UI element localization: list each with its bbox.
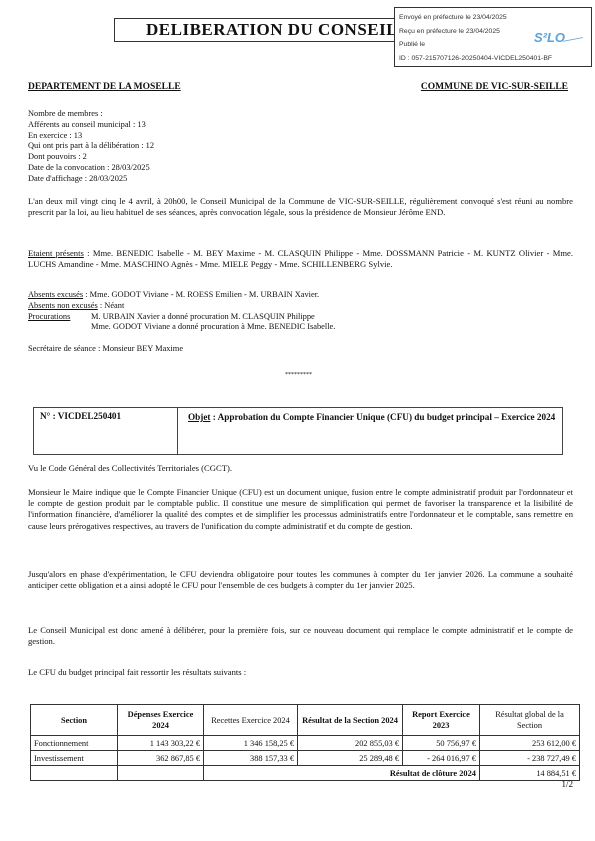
cfu-description-paragraph: Monsieur le Maire indique que le Compte … [28, 487, 573, 532]
cell-revenues: 1 346 158,25 € [204, 736, 298, 751]
cell-empty [31, 766, 118, 781]
members-block: Nombre de membres : Afférents au conseil… [28, 109, 154, 185]
cell-section: Fonctionnement [31, 736, 118, 751]
table-total-row: Résultat de clôture 2024 14 884,51 € [31, 766, 580, 781]
members-line: Date de la convocation : 28/03/2025 [28, 163, 154, 174]
proxy-line: M. URBAIN Xavier a donné procuration M. … [91, 312, 315, 323]
cell-carryover: - 264 016,97 € [403, 751, 480, 766]
commune-header: COMMUNE DE VIC-SUR-SEILLE [421, 82, 568, 92]
proxies-label: Procurations [28, 312, 70, 321]
table-row: Fonctionnement 1 143 303,22 € 1 346 158,… [31, 736, 580, 751]
members-line: Date d'affichage : 28/03/2025 [28, 174, 154, 185]
present-members: Etaient présents : Mme. BENEDIC Isabelle… [28, 248, 573, 270]
deliberation-number: N° : VICDEL250401 [40, 411, 121, 421]
header-global-result: Résultat global de la Section [480, 705, 580, 736]
members-line: Nombre de membres : [28, 109, 154, 120]
deliberation-reference-box: N° : VICDEL250401 Objet : Approbation du… [33, 407, 563, 455]
reference-divider [177, 408, 178, 454]
cell-section-result: 25 289,48 € [298, 751, 403, 766]
unexcused-list: : Néant [98, 301, 125, 310]
cgct-paragraph: Vu le Code Général des Collectivités Ter… [28, 463, 573, 474]
cell-section-result: 202 855,03 € [298, 736, 403, 751]
s2lo-logo-icon: S²LO [534, 30, 565, 45]
members-line: Dont pouvoirs : 2 [28, 152, 154, 163]
results-table: Section Dépenses Exercice 2024 Recettes … [30, 704, 580, 781]
cell-revenues: 388 157,33 € [204, 751, 298, 766]
proxy-line: Mme. GODOT Viviane a donné procuration à… [28, 322, 573, 333]
cell-global-result: 253 612,00 € [480, 736, 580, 751]
excused-list: : Mme. GODOT Viviane - M. ROESS Emilien … [83, 290, 319, 299]
cell-section: Investissement [31, 751, 118, 766]
present-list: : Mme. BENEDIC Isabelle - M. BEY Maxime … [28, 248, 573, 269]
header-section-result: Résultat de la Section 2024 [298, 705, 403, 736]
cell-carryover: 50 756,97 € [403, 736, 480, 751]
separator: ********* [285, 372, 312, 378]
object-label: Objet [188, 412, 210, 422]
cell-global-result: - 238 727,49 € [480, 751, 580, 766]
object-text: : Approbation du Compte Financier Unique… [210, 412, 555, 422]
stamp-sent: Envoyé en préfecture le 23/04/2025 [399, 11, 587, 25]
prefecture-stamp: Envoyé en préfecture le 23/04/2025 Reçu … [394, 7, 592, 67]
header-revenues: Recettes Exercice 2024 [204, 705, 298, 736]
header-section: Section [31, 705, 118, 736]
present-label: Etaient présents [28, 248, 84, 258]
header-expenses: Dépenses Exercice 2024 [118, 705, 204, 736]
cell-empty [118, 766, 204, 781]
page-number: 1/2 [561, 779, 573, 789]
intro-paragraph: L'an deux mil vingt cinq le 4 avril, à 2… [28, 196, 573, 218]
members-line: En exercice : 13 [28, 131, 154, 142]
members-line: Afférents au conseil municipal : 13 [28, 120, 154, 131]
unexcused-label: Absents non excusés [28, 301, 98, 310]
absences-block: Absents excusés : Mme. GODOT Viviane - M… [28, 290, 573, 355]
council-paragraph: Le Conseil Municipal est donc amené à dé… [28, 625, 573, 647]
closing-result-label: Résultat de clôture 2024 [204, 766, 480, 781]
deliberation-object: Objet : Approbation du Compte Financier … [188, 411, 558, 423]
cell-expenses: 1 143 303,22 € [118, 736, 204, 751]
excused-label: Absents excusés [28, 290, 83, 299]
department-header: DEPARTEMENT DE LA MOSELLE [28, 82, 181, 92]
table-row: Investissement 362 867,85 € 388 157,33 €… [31, 751, 580, 766]
cell-expenses: 362 867,85 € [118, 751, 204, 766]
members-line: Qui ont pris part à la délibération : 12 [28, 141, 154, 152]
cfu-obligation-paragraph: Jusqu'alors en phase d'expérimentation, … [28, 569, 573, 591]
stamp-id: ID : 057-215707126-20250404-VICDEL250401… [399, 52, 587, 66]
table-header-row: Section Dépenses Exercice 2024 Recettes … [31, 705, 580, 736]
header-carryover: Report Exercice 2023 [403, 705, 480, 736]
session-secretary: Secrétaire de séance : Monsieur BEY Maxi… [28, 344, 573, 355]
results-intro-paragraph: Le CFU du budget principal fait ressorti… [28, 667, 573, 678]
